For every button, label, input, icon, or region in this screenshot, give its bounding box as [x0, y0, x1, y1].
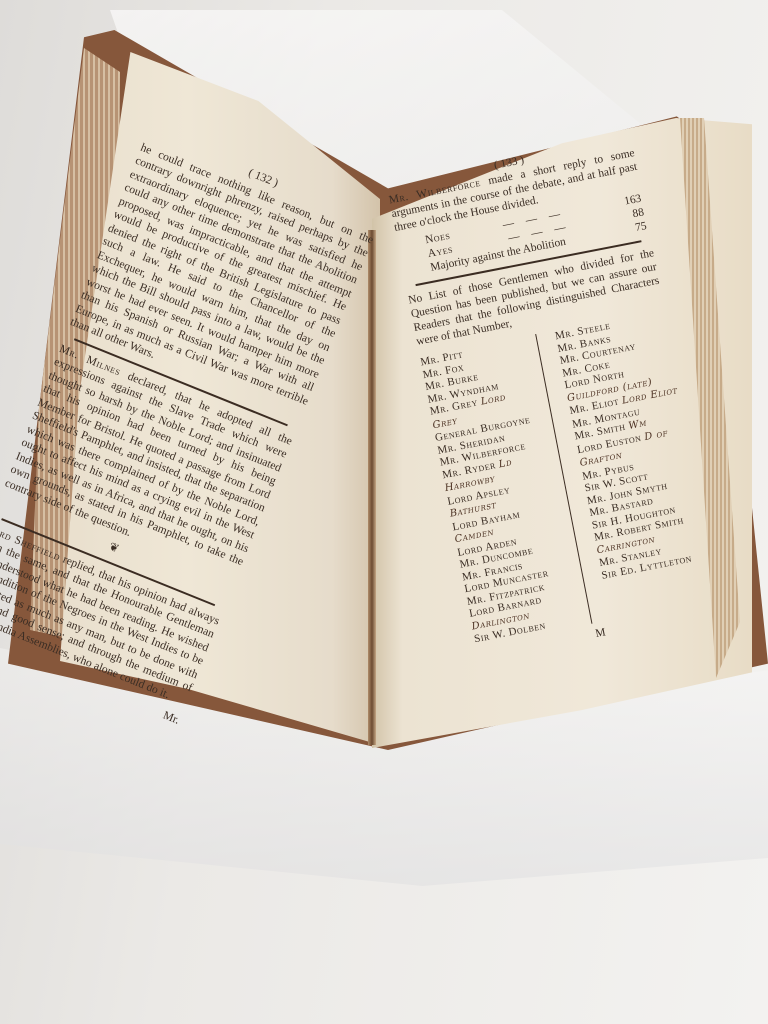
book-gutter [368, 230, 376, 745]
